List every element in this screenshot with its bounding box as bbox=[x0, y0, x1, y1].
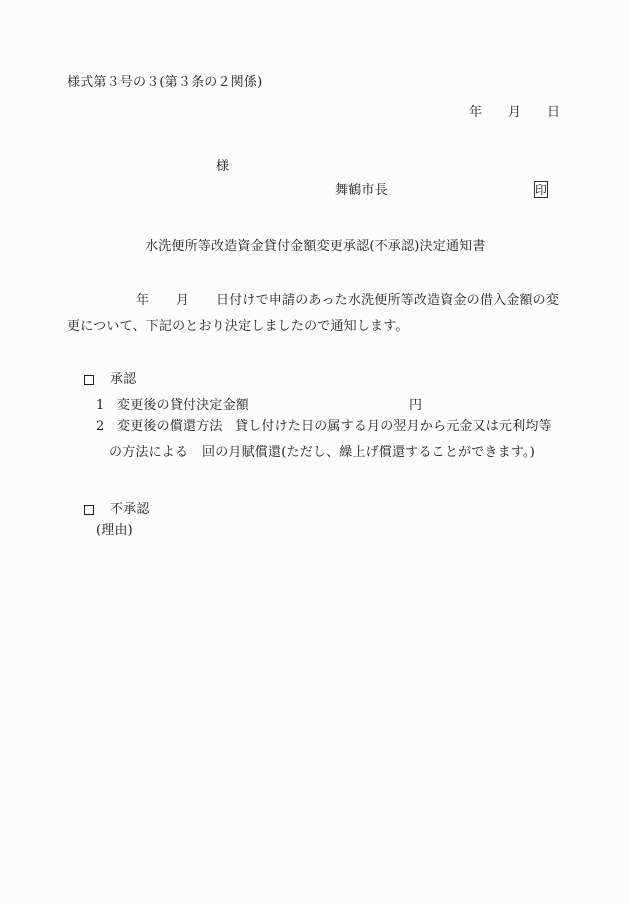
rejection-checkbox[interactable] bbox=[84, 505, 94, 515]
rejection-reason-label: (理由) bbox=[96, 523, 133, 539]
item-2-text-line1: 貸し付けた日の属する月の翌月から元金又は元利均等 bbox=[235, 419, 552, 435]
form-number: 様式第３号の３(第３条の２関係) bbox=[67, 75, 262, 91]
document-title: 水洗便所等改造資金貸付金額変更承認(不承認)決定通知書 bbox=[145, 239, 486, 255]
item-1-unit: 円 bbox=[409, 398, 422, 414]
approval-checkbox[interactable] bbox=[84, 375, 94, 385]
document-page: 様式第３号の３(第３条の２関係) 年 月 日 様 舞鶴市長 印 水洗便所等改造資… bbox=[0, 0, 630, 903]
item-2-text-line2-rest: 回の月賦償還(ただし、繰上げ償還することができます。) bbox=[202, 445, 535, 461]
body-month-label: 月 bbox=[176, 293, 189, 309]
seal-mark: 印 bbox=[534, 181, 548, 198]
issuer-title: 舞鶴市長 bbox=[335, 183, 388, 199]
item-1-label: 変更後の貸付決定金額 bbox=[117, 398, 249, 414]
date-day-label: 日 bbox=[547, 105, 560, 121]
addressee-suffix: 様 bbox=[216, 159, 229, 175]
item-1-number: 1 bbox=[96, 398, 104, 414]
rejection-label: 不承認 bbox=[110, 502, 150, 518]
body-text-line1: 日付けで申請のあった水洗便所等改造資金の借入金額の変 bbox=[216, 293, 559, 309]
date-month-label: 月 bbox=[508, 105, 521, 121]
approval-label: 承認 bbox=[110, 372, 136, 388]
body-text-line2: 更について、下記のとおり決定しましたので通知します。 bbox=[67, 319, 409, 335]
date-year-label: 年 bbox=[469, 105, 482, 121]
body-year-label: 年 bbox=[136, 293, 149, 309]
item-2-text-line2-prefix: の方法による bbox=[109, 445, 188, 461]
item-2-label: 変更後の償還方法 bbox=[117, 419, 223, 435]
item-2-number: 2 bbox=[96, 419, 104, 435]
